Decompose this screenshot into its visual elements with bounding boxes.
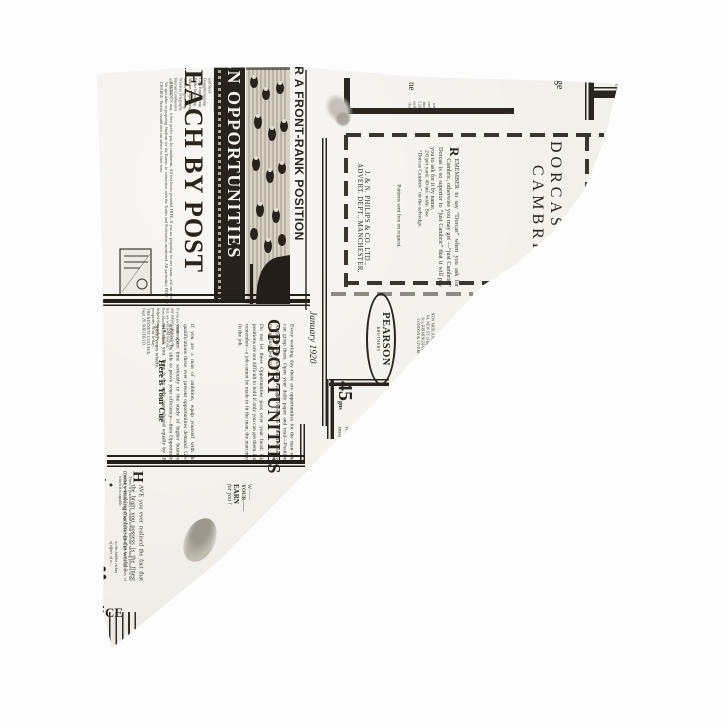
- fragment-line: EARN: [232, 484, 240, 528]
- price-45-text: 45: [334, 381, 356, 401]
- body-line: RATTAN: [544, 289, 549, 391]
- have-dropcap: H: [131, 471, 143, 483]
- opportunities-para3: If you are a man of ambition, equip your…: [110, 324, 156, 462]
- fragment-line: mselves.: [337, 427, 344, 475]
- tip-ink-dots: [100, 565, 109, 583]
- dorcas-firm: J. & N. PHILIPS & CO. LTD., ADVERT. DEPT…: [356, 139, 382, 297]
- pearson-body: The Famous RATTAN FURNITURE Every articl…: [417, 289, 479, 391]
- dorcas-firm-line2: ADVERT. DEPT., MANCHESTER.: [356, 139, 363, 297]
- body-line: illustrated catalogue,: [500, 289, 505, 391]
- dorcas-patterns: Patterns sent free on request.: [388, 153, 401, 279]
- fragment-text: ge: [554, 80, 565, 89]
- students-paragraph: STUDENTS may, if they prefer, pay by ins…: [144, 82, 180, 304]
- section-divider-rules: [101, 294, 310, 308]
- body-line: SENT OUT ON: [519, 289, 524, 391]
- crowd-engraving-illustration: [246, 64, 290, 304]
- dorcas-patterns-text: Patterns sent free on request.: [395, 153, 402, 279]
- dorcas-border-left: [344, 135, 348, 287]
- dorcas-title: DORCAS CAMBRIC: [528, 141, 573, 295]
- den-tiny-fragment: den. W.1: [609, 80, 618, 102]
- fragment-text: ne: [407, 82, 417, 91]
- teach-by-post-text: REACH BY POST: [178, 64, 208, 290]
- product-photo-stage: o remain UNCERTIF.: We will teach any on…: [0, 0, 724, 724]
- ne-fragment: ne: [404, 82, 418, 99]
- opportunities-banner: EN OPPORTUNITIES: [214, 64, 245, 300]
- body-line: Every article guaranteed.: [534, 289, 539, 391]
- masthead-date-text: January 1920: [307, 311, 317, 364]
- earn-ad-fragment: W—— YOUR—— EARN for you !: [226, 484, 276, 528]
- fragment-line: YOUR——: [240, 484, 246, 528]
- clipped-glyph-5: 5: [424, 68, 444, 94]
- dorcas-dropcap: R: [448, 147, 458, 156]
- opportunities-para3-text: If you are a man of ambition, equip your…: [153, 324, 196, 462]
- body-line: post free on request.: [495, 289, 500, 391]
- fragment-line: W——: [246, 484, 252, 528]
- newsprint-paper-cone: o remain UNCERTIF.: We will teach any on…: [0, 0, 724, 724]
- fragment-line: pen your: [351, 427, 358, 475]
- dorcas-firm-line1: J. & N. PHILIPS & CO. LTD.,: [363, 139, 370, 297]
- clipped-glyph-7: 7: [474, 70, 490, 90]
- body-line: first payment of 10/-.: [515, 289, 520, 391]
- body-line: station in England.: [524, 289, 529, 391]
- dorcas-border-right: [585, 136, 589, 212]
- ge-fragment: ge: [552, 80, 572, 96]
- heavy-rule-horizontal: [344, 108, 514, 114]
- have-para2-text: There is practically no limit to the inc…: [118, 476, 133, 581]
- students-paragraph-text: STUDENTS may, if they prefer, pay by ins…: [159, 82, 174, 304]
- dorcas-price: 2/6 per yard. 40 ins. wide. See “Dorcas …: [402, 150, 426, 288]
- glyph-text: 5: [425, 68, 447, 78]
- pearson-name-text: PEARSON: [380, 312, 391, 366]
- paper-smudge: [335, 111, 351, 127]
- dorcas-title-line1: DORCAS: [546, 141, 564, 295]
- pearson-sub-text: BROTHERS: [376, 327, 380, 352]
- teach-by-post-headline: REACH BY POST: [178, 64, 218, 290]
- fragment-line: rity, Big: [344, 427, 351, 475]
- opportunities-para2: Do not let these Opportunities pass over…: [236, 324, 265, 462]
- tip-nested-corner-rules: [109, 612, 137, 646]
- front-rank-position-text: UR A FRONT-RANK POSITION: [292, 66, 306, 310]
- masthead-date: January 1920: [305, 311, 322, 381]
- body-line: to suit all customers.: [485, 289, 490, 391]
- body-line: Easy payments arranged: [490, 289, 495, 391]
- dorcas-body: R EMEMBER to say “Dorcas” when you ask f…: [428, 147, 528, 287]
- pearson-address: NEW MIDLAND SHOWROOMS: 64, NEW ST. (Opp.…: [396, 289, 417, 393]
- opportunities-para1: Every working day there are opportunitie…: [267, 324, 296, 462]
- fragment-line: for you !: [226, 484, 232, 528]
- tip-rule-stack: [96, 606, 104, 621]
- body-line: FURNITURE: [539, 289, 544, 391]
- dorcas-price-line2: “Dorcas Cambric” on the selvedge.: [416, 150, 423, 288]
- price-45: 45gns: [333, 381, 360, 415]
- fragment-line: ilities for: [358, 427, 365, 475]
- body-line: The Famous: [549, 289, 554, 391]
- body-line: furnish send for our: [505, 289, 510, 391]
- dorcas-price-line1: 2/6 per yard. 40 ins. wide. See: [423, 150, 430, 288]
- banner-smallprint-strip: [218, 64, 221, 300]
- banner-text: EN OPPORTUNITIES: [223, 64, 245, 300]
- article-divider-rules: [107, 455, 305, 469]
- fragment-line: so the hidden riches: [114, 541, 119, 605]
- glyph-text: 7: [475, 70, 491, 78]
- body-line: If you are about to: [510, 289, 515, 391]
- fragment-text: den. W.1: [614, 80, 619, 102]
- price-unit-text: gns: [337, 401, 343, 410]
- dorcas-border-top: [346, 133, 604, 137]
- pearson-oval-logo: PEARSON BROTHERS: [366, 293, 396, 385]
- column-rule: [305, 70, 307, 310]
- dorcas-body-text: EMEMBER to say “Dorcas” when you ask for…: [428, 147, 460, 287]
- dorcas-title-line2: CAMBRIC: [528, 141, 546, 295]
- body-line: Carriage paid to any: [529, 289, 534, 391]
- edge-specks: [101, 477, 115, 489]
